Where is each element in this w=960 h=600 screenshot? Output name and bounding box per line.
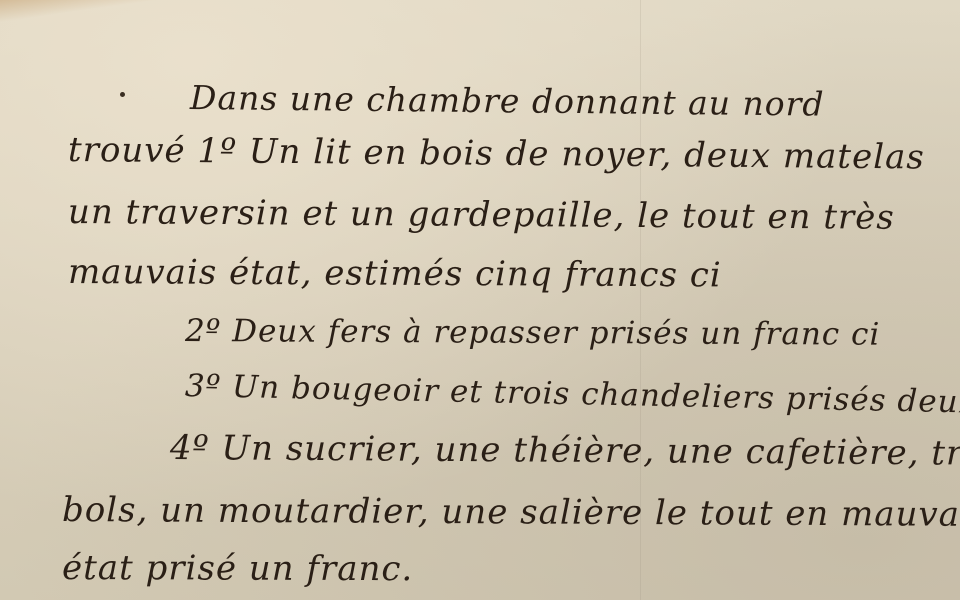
manuscript-line-5: 2º Deux fers à repasser prisés un franc …: [185, 313, 881, 353]
manuscript-line-3: un traversin et un gardepaille, le tout …: [68, 192, 895, 238]
manuscript-line-2: trouvé 1º Un lit en bois de noyer, deux …: [68, 130, 925, 177]
manuscript-line-1: Dans une chambre donnant au nord: [190, 78, 825, 124]
manuscript-page: Dans une chambre donnant au nord trouvé …: [0, 0, 960, 600]
manuscript-line-4: mauvais état, estimés cinq francs ci: [68, 252, 722, 295]
margin-mark: [120, 92, 125, 97]
manuscript-line-6: 3º Un bougeoir et trois chandeliers pris…: [185, 368, 960, 423]
manuscript-line-8: bols, un moutardier, une salière le tout…: [62, 490, 960, 535]
manuscript-line-7: 4º Un sucrier, une théière, une cafetièr…: [170, 428, 960, 474]
manuscript-line-9: état prisé un franc.: [62, 548, 413, 589]
